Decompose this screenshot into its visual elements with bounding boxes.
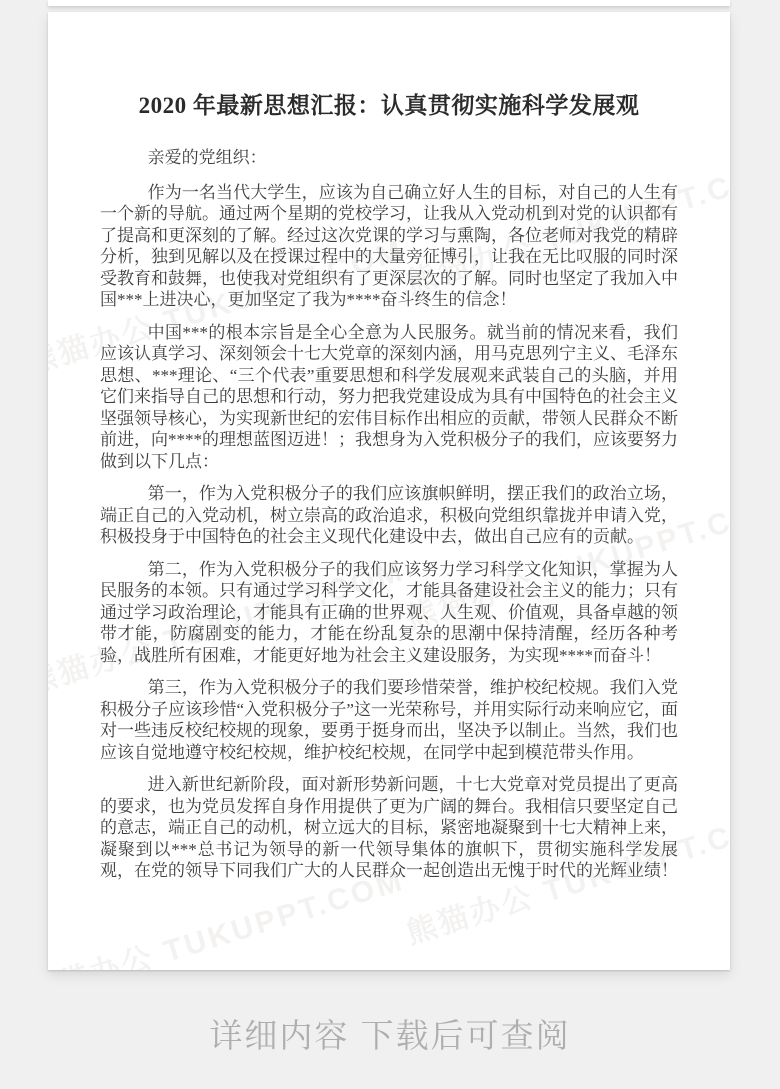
paragraph-point-3: 第三，作为入党积极分子的我们要珍惜荣誉，维护校纪校规。我们入党积极分子应该珍惜“… — [100, 677, 678, 763]
paragraph-intro: 作为一名当代大学生，应该为自己确立好人生的目标，对自己的人生有一个新的导航。通过… — [100, 182, 678, 311]
footer-hint-text: 详细内容 下载后可查阅 — [209, 1017, 570, 1054]
paragraph-point-1: 第一，作为入党积极分子的我们应该旗帜鲜明，摆正我们的政治立场，端正自己的入党动机… — [100, 483, 678, 548]
paragraph-purpose: 中国***的根本宗旨是全心全意为人民服务。就当前的情况来看，我们应该认真学习、深… — [100, 322, 678, 473]
document-title: 2020 年最新思想汇报：认真贯彻实施科学发展观 — [100, 90, 678, 122]
document-page: 熊猫办公 TUKUPPT.COM 熊猫办公 TUKUPPT.COM 熊猫办公 T… — [48, 12, 730, 970]
paragraph-point-2: 第二，作为入党积极分子的我们应该努力学习科学文化知识，掌握为人民服务的本领。只有… — [100, 559, 678, 667]
preview-footer: 详细内容 下载后可查阅 — [0, 1014, 780, 1058]
previous-page-edge — [48, 0, 730, 6]
paragraph-closing: 进入新世纪新阶段，面对新形势新问题，十七大党章对党员提出了更高的要求，也为党员发… — [100, 774, 678, 882]
greeting-line: 亲爱的党组织： — [100, 147, 678, 169]
